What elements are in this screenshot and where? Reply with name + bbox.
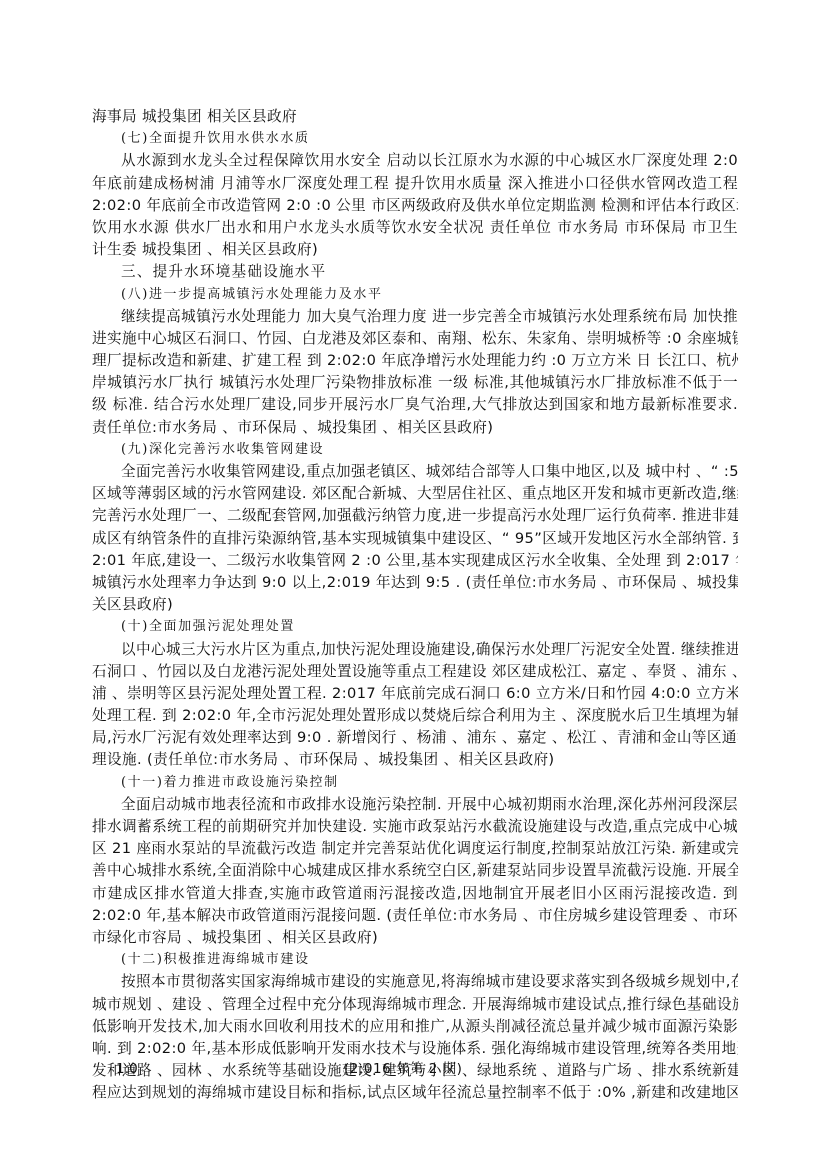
body-text-line: 以中心城三大污水片区为重点,加快污泥处理设施建设,确保污水处理厂污泥安全处置. … — [92, 639, 738, 661]
body-text-line: 理设施. (责任单位:市水务局 、市环保局 、城投集团 、相关区县政府) — [92, 749, 738, 771]
body-text-line: 理厂提标改造和新建、扩建工程 到 2:02:0 年底净增污水处理能力约 :0 万… — [92, 350, 738, 372]
body-text-line: 善中心城排水系统,全面消除中心城建成区排水系统空白区,新建泵站同步设置旱流截污设… — [92, 860, 738, 882]
body-text-line: 继续提高城镇污水处理能力 加大臭气治理力度 进一步完善全市城镇污水处理系统布局 … — [92, 306, 738, 328]
subsection-heading: (九)深化完善污水收集管网建设 — [92, 439, 738, 461]
body-text-line: 从水源到水龙头全过程保障饮用水安全 启动以长江原水为水源的中心城区水厂深度处理 … — [92, 150, 738, 172]
body-text-line: 局,污水厂污泥有效处理率达到 9:0 . 新增闵行 、杨浦 、浦东 、嘉定 、松… — [92, 727, 738, 749]
subsection-heading: (八)进一步提高城镇污水处理能力及水平 — [92, 284, 738, 306]
body-text-line: 级 标准. 结合污水处理厂建设,同步开展污水厂臭气治理,大气排放达到国家和地方最… — [92, 394, 738, 416]
page-footer: 1:0 (2:016 年第 2 期) — [92, 1058, 738, 1080]
issue-label: (2:016 年第 2 期) — [344, 1058, 462, 1080]
body-text-line: 全面完善污水收集管网建设,重点加强老镇区、城郊结合部等人口集中地区,以及 城中村… — [92, 461, 738, 483]
subsection-heading: (十一)着力推进市政设施污染控制 — [92, 772, 738, 794]
body-text-line: 2:01 年底,建设一、二级污水收集管网 2 :0 公里,基本实现建成区污水全收… — [92, 550, 738, 572]
body-text-line: 响. 到 2:02:0 年,基本形成低影响开发雨水技术与设施体系. 强化海绵城市… — [92, 1038, 738, 1060]
page-number: 1:0 — [116, 1058, 138, 1080]
body-text-line: 程应达到规划的海绵城市建设目标和指标,试点区域年径流总量控制率不低于 :0% ,… — [92, 1082, 738, 1104]
body-text-line: 计生委 城投集团 、相关区县政府) — [92, 239, 738, 261]
body-text-line: 市建成区排水管道大排查,实施市政管道雨污混接改造,因地制宜开展老旧小区雨污混接改… — [92, 883, 738, 905]
body-text-line: 排水调蓄系统工程的前期研究并加快建设. 实施市政泵站污水截流设施建设与改造,重点… — [92, 816, 738, 838]
body-text-line: 责任单位:市水务局 、市环保局 、城投集团 、相关区县政府) — [92, 417, 738, 439]
document-page: 海事局 城投集团 相关区县政府(七)全面提升饮用水供水水质从水源到水龙头全过程保… — [92, 106, 738, 1104]
subsection-heading: (十)全面加强污泥处理处置 — [92, 616, 738, 638]
body-text-line: 进实施中心城区石洞口、竹园、白龙港及郊区泰和、南翔、松东、朱家角、崇明城桥等 :… — [92, 328, 738, 350]
body-text-line: 城市规划 、建设 、管理全过程中充分体现海绵城市理念. 开展海绵城市建设试点,推… — [92, 994, 738, 1016]
body-text-line: 2:02:0 年底前全市改造管网 2:0 :0 公里 市区两级政府及供水单位定期… — [92, 195, 738, 217]
body-text-line: 城镇污水处理率力争达到 9:0 以上,2:019 年达到 9:5 . (责任单位… — [92, 572, 738, 594]
body-text-line: 处理工程. 到 2:02:0 年,全市污泥处理处置形成以焚烧后综合利用为主 、深… — [92, 705, 738, 727]
subsection-heading: (七)全面提升饮用水供水水质 — [92, 128, 738, 150]
body-text-line: 饮用水水源 供水厂出水和用户水龙头水质等饮水安全状况 责任单位 市水务局 市环保… — [92, 217, 738, 239]
body-text-line: 低影响开发技术,加大雨水回收利用技术的应用和推广,从源头削减径流总量并减少城市面… — [92, 1016, 738, 1038]
body-text-line: 成区有纳管条件的直排污染源纳管,基本实现城镇集中建设区、“ 95”区域开发地区污… — [92, 528, 738, 550]
body-text-line: 2:02:0 年,基本解决市政管道雨污混接问题. (责任单位:市水务局 、市住房… — [92, 905, 738, 927]
subsection-heading: (十二)积极推进海绵城市建设 — [92, 949, 738, 971]
body-text-line: 按照本市贯彻落实国家海绵城市建设的实施意见,将海绵城市建设要求落实到各级城乡规划… — [92, 971, 738, 993]
body-text-line: 岸城镇污水厂执行 城镇污水处理厂污染物排放标准 一级 标准,其他城镇污水厂排放标… — [92, 372, 738, 394]
body-text-line: 浦 、崇明等区县污泥处理处置工程. 2:017 年底前完成石洞口 6:0 立方米… — [92, 683, 738, 705]
body-text-line: 全面启动城市地表径流和市政排水设施污染控制. 开展中心城初期雨水治理,深化苏州河… — [92, 794, 738, 816]
body-text-line: 关区县政府) — [92, 594, 738, 616]
body-text-line: 完善污水处理厂一、二级配套管网,加强截污纳管力度,进一步提高污水处理厂运行负荷率… — [92, 505, 738, 527]
body-text-line: 石洞口 、竹园以及白龙港污泥处理处置设施等重点工程建设 郊区建成松江、嘉定 、奉… — [92, 661, 738, 683]
body-text-line: 年底前建成杨树浦 月浦等水厂深度处理工程 提升饮用水质量 深入推进小口径供水管网… — [92, 173, 738, 195]
section-heading: 三、提升水环境基础设施水平 — [92, 261, 738, 283]
body-text-line: 市绿化市容局 、城投集团 、相关区县政府) — [92, 927, 738, 949]
body-text-line: 区 21 座雨水泵站的旱流截污改造 制定并完善泵站优化调度运行制度,控制泵站放江… — [92, 838, 738, 860]
body-text-line: 区域等薄弱区域的污水管网建设. 郊区配合新城、大型居住社区、重点地区开发和城市更… — [92, 483, 738, 505]
body-text-line: 海事局 城投集团 相关区县政府 — [92, 106, 738, 128]
